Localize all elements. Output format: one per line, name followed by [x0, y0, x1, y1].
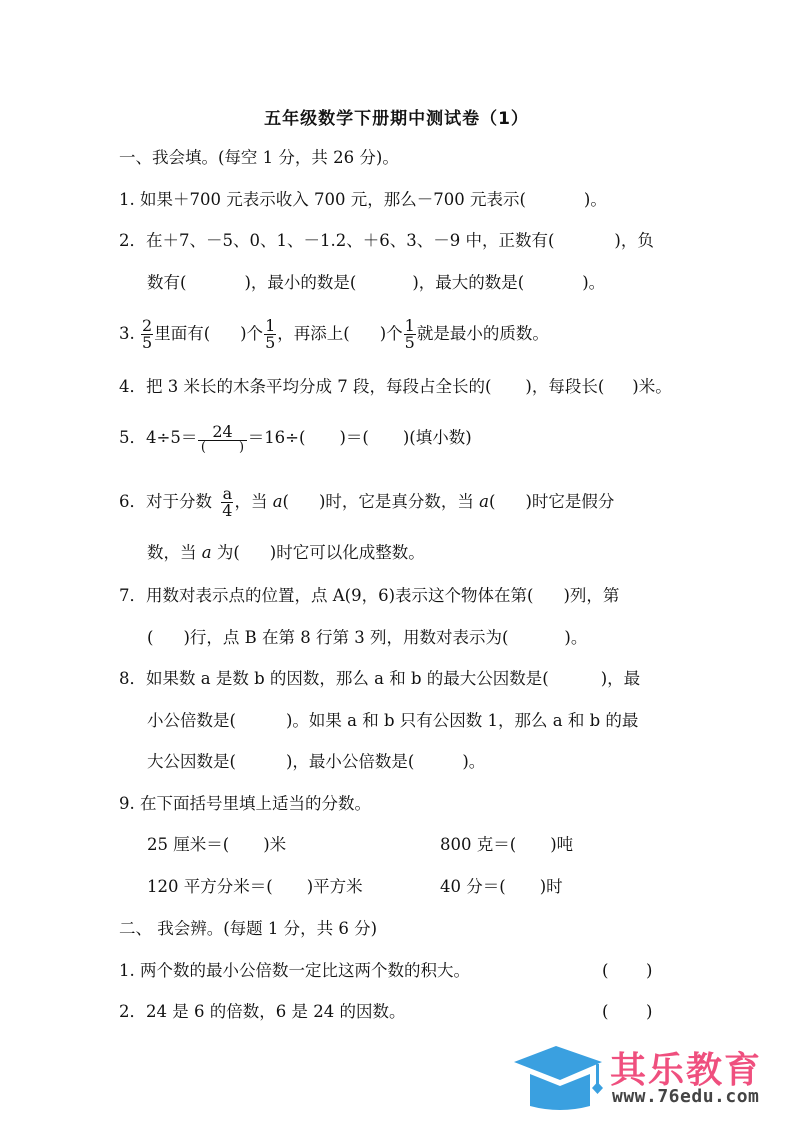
- q6-paren: (: [283, 492, 289, 511]
- q7-text-d: )。: [564, 628, 587, 647]
- q2-text-e: )，最大的数是(: [412, 273, 524, 292]
- section2-heading: 二、 我会辨。(每题 1 分，共 6 分): [119, 917, 377, 941]
- variable-a: a: [202, 543, 212, 562]
- q5-text-a: 5．4÷5＝: [119, 428, 197, 447]
- q6-text-a: ，当: [234, 492, 267, 511]
- q9-item-2: 800 克＝()吨: [440, 833, 573, 857]
- fraction-a-4: a4: [221, 486, 233, 519]
- q6-paren-2: (: [489, 492, 495, 511]
- q9-item-1: 25 厘米＝()米: [147, 833, 286, 857]
- q2-text-d: )，最小的数是(: [244, 273, 356, 292]
- judge-item-2: 2．24 是 6 的倍数，6 是 24 的因数。: [119, 1000, 405, 1024]
- q9-item-3-unit: )平方米: [307, 877, 363, 896]
- q9-item-2-text: 800 克＝(: [440, 835, 516, 854]
- fraction-1-5-b: 15: [404, 318, 416, 351]
- page-title: 五年级数学下册期中测试卷（1）: [0, 104, 793, 129]
- q4-text-a: 4．把 3 米长的木条平均分成 7 段，每段占全长的(: [119, 377, 491, 396]
- q1-text-end: )。: [584, 190, 607, 209]
- q8-text-f: )，最小公倍数是(: [286, 752, 414, 771]
- q7-text-c: )行，点 B 在第 8 行第 3 列，用数对表示为(: [183, 628, 508, 647]
- question-8-line1: 8．如果数 a 是数 b 的因数，那么 a 和 b 的最大公因数是()，最: [119, 667, 640, 691]
- question-9: 9. 在下面括号里填上适当的分数。: [119, 792, 371, 816]
- question-2-line2: 数有()，最小的数是()，最大的数是()。: [147, 271, 605, 295]
- q6-text-prefix: 6．对于分数: [119, 492, 212, 511]
- question-6-line1: 6．对于分数 a4，当 a()时，它是真分数，当 a()时它是假分: [119, 482, 614, 522]
- fraction-2-5: 25: [141, 318, 153, 351]
- q7-text-b: )列，第: [563, 586, 619, 605]
- q3-text-b: )个: [240, 324, 263, 343]
- q9-item-2-unit: )吨: [550, 835, 573, 854]
- judge-item-2-answer-paren-right: ): [646, 1000, 652, 1024]
- question-8-line3: 大公因数是()，最小公倍数是()。: [147, 750, 485, 774]
- question-1: 1. 如果＋700 元表示收入 700 元，那么－700 元表示()。: [119, 188, 607, 212]
- q5-blank-denominator[interactable]: ( ): [198, 441, 246, 454]
- question-5: 5．4÷5＝24( )＝16÷()＝()(填小数): [119, 418, 472, 458]
- question-7-line1: 7．用数对表示点的位置，点 A(9，6)表示这个物体在第()列，第: [119, 584, 619, 608]
- q8-text-e: 大公因数是(: [147, 752, 236, 771]
- q4-text-c: )米。: [632, 377, 671, 396]
- question-6-line2: 数，当 a 为()时它可以化成整数。: [147, 541, 425, 565]
- question-4: 4．把 3 米长的木条平均分成 7 段，每段占全长的()，每段长()米。: [119, 375, 672, 399]
- q2-text-b: )，负: [614, 231, 653, 250]
- q3-text-a: 里面有(: [154, 324, 210, 343]
- q6-text-f: 数，当: [147, 543, 197, 562]
- q2-text: 2．在＋7、－5、0、1、－1.2、＋6、3、－9 中，正数有(: [119, 231, 554, 250]
- q8-text-b: )，最: [601, 669, 640, 688]
- graduation-cap-icon: [512, 1042, 612, 1114]
- q9-item-3-text: 120 平方分米＝(: [147, 877, 273, 896]
- fraction-1-5: 15: [264, 318, 276, 351]
- q5-text-b: ＝16÷(: [248, 428, 306, 447]
- q9-item-1-unit: )米: [263, 835, 286, 854]
- variable-a: a: [273, 492, 283, 511]
- q5-text-c: )＝(: [339, 428, 368, 447]
- q5-text-d: )(填小数): [403, 428, 472, 447]
- q3-number: 3.: [119, 324, 135, 343]
- q6-text-e: )时它是假分: [525, 492, 614, 511]
- section1-heading: 一、我会填。(每空 1 分，共 26 分)。: [119, 146, 399, 170]
- question-2-line1: 2．在＋7、－5、0、1、－1.2、＋6、3、－9 中，正数有()，负: [119, 229, 679, 253]
- q2-text-f: )。: [582, 273, 605, 292]
- judge-item-1-answer-paren-right: ): [646, 959, 652, 983]
- variable-a: a: [479, 492, 489, 511]
- q9-item-4-text: 40 分＝(: [440, 877, 506, 896]
- judge-item-2-answer-paren-left[interactable]: (: [602, 1000, 608, 1024]
- q9-item-4: 40 分＝()时: [440, 875, 563, 899]
- q7-paren: (: [147, 628, 153, 647]
- judge-item-1-answer-paren-left[interactable]: (: [602, 959, 608, 983]
- q3-text-c: ，再添上(: [277, 324, 349, 343]
- question-3: 3. 25里面有()个15，再添上()个15就是最小的质数。: [119, 314, 549, 354]
- q8-text-c: 小公倍数是(: [147, 711, 236, 730]
- fraction-24-blank: 24( ): [198, 424, 246, 454]
- brand-url: www.76edu.com: [612, 1086, 759, 1107]
- q9-item-3: 120 平方分米＝()平方米: [147, 875, 363, 899]
- q3-text-e: 就是最小的质数。: [417, 324, 549, 343]
- watermark-logo: 其乐教育 www.76edu.com: [512, 1042, 782, 1114]
- q9-item-1-text: 25 厘米＝(: [147, 835, 229, 854]
- q8-text-d: )。如果 a 和 b 只有公因数 1，那么 a 和 b 的最: [286, 711, 638, 730]
- q4-text-b: )，每段长(: [525, 377, 604, 396]
- question-7-line2: ()行，点 B 在第 8 行第 3 列，用数对表示为()。: [147, 626, 587, 650]
- judge-item-1: 1. 两个数的最小公倍数一定比这两个数的积大。: [119, 959, 470, 983]
- q6-text-c: )时，它是真分数，当: [319, 492, 474, 511]
- q3-text-d: )个: [380, 324, 403, 343]
- question-8-line2: 小公倍数是()。如果 a 和 b 只有公因数 1，那么 a 和 b 的最: [147, 709, 638, 733]
- q6-text-h: )时它可以化成整数。: [270, 543, 425, 562]
- q9-item-4-unit: )时: [540, 877, 563, 896]
- q7-text-a: 7．用数对表示点的位置，点 A(9，6)表示这个物体在第(: [119, 586, 533, 605]
- q6-text-g: 为(: [217, 543, 240, 562]
- q2-text-c: 数有(: [147, 273, 186, 292]
- q8-text-g: )。: [462, 752, 485, 771]
- q1-text: 1. 如果＋700 元表示收入 700 元，那么－700 元表示(: [119, 190, 526, 209]
- q8-text-a: 8．如果数 a 是数 b 的因数，那么 a 和 b 的最大公因数是(: [119, 669, 549, 688]
